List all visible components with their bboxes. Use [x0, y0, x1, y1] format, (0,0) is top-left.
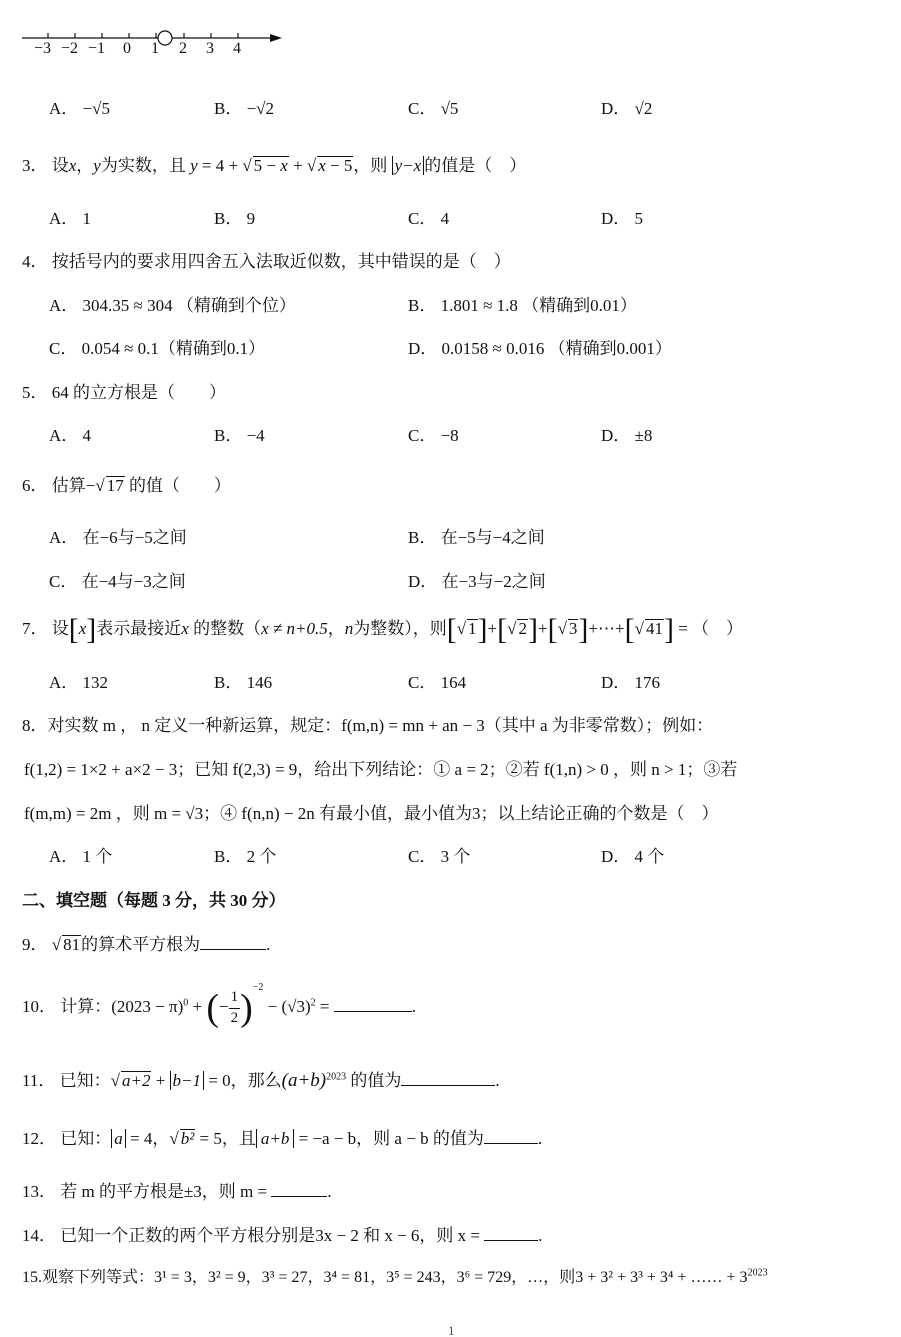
option-c: C． 3 个: [408, 842, 470, 867]
option-b: B． 2 个: [214, 842, 276, 867]
question-10: 10． 计算：(2023 − π)0 + (−12)−2 − (√3)2 = .: [22, 982, 416, 1030]
option-d: D． 0.0158 ≈ 0.016 （精确到0.001）: [408, 334, 672, 359]
option-d: D． 在−3与−2之间: [408, 567, 546, 592]
option-a: A． 304.35 ≈ 304 （精确到个位）: [49, 291, 296, 316]
answer-blank[interactable]: [271, 1195, 327, 1197]
open-circle-marker: [158, 31, 172, 45]
option-c: C． −8: [408, 421, 459, 446]
question-12: 12． 已知：a = 4，b² = 5，且a+b = −a − b，则 a − …: [22, 1124, 542, 1149]
question-8-line-2: f(1,2) = 1×2 + a×2 − 3；已知 f(2,3) = 9，给出下…: [24, 755, 737, 780]
option-b: B． 在−5与−4之间: [408, 523, 545, 548]
question-3-stem: 3． 设x，y为实数，且 y = 4 + 5 − x + x − 5，则 y−x…: [22, 151, 526, 176]
option-c: C． 4: [408, 204, 449, 229]
question-8-line-1: 8．对实数 m ， n 定义一种新运算，规定：f(m,n) = mn + an …: [22, 711, 713, 736]
option-a: A． 132: [49, 668, 108, 693]
option-d: D． √2: [601, 94, 652, 119]
answer-blank[interactable]: [334, 1010, 412, 1012]
question-9: 9． 81的算术平方根为.: [22, 930, 270, 955]
question-14: 14． 已知一个正数的两个平方根分别是3x − 2 和 x − 6，则 x = …: [22, 1221, 543, 1246]
option-a: A． 1 个: [49, 842, 112, 867]
question-7-stem: 7． 设[x]表示最接近x 的整数（x ≠ n+0.5，n为整数），则[1]+[…: [22, 613, 743, 647]
question-15: 15.观察下列等式：3¹ = 3，3² = 9，3³ = 27，3⁴ = 81，…: [22, 1264, 768, 1287]
option-b: B． 146: [214, 668, 272, 693]
page-number: 1: [448, 1323, 455, 1337]
option-c: C． √5: [408, 94, 458, 119]
option-c: C． 0.054 ≈ 0.1（精确到0.1）: [49, 334, 265, 359]
option-d: D． 176: [601, 668, 660, 693]
question-13: 13． 若 m 的平方根是±3，则 m = .: [22, 1177, 332, 1202]
option-b: B． 9: [214, 204, 255, 229]
answer-blank[interactable]: [200, 948, 266, 950]
option-d: D． 4 个: [601, 842, 664, 867]
option-b: B． −√2: [214, 94, 274, 119]
option-d: D． ±8: [601, 421, 652, 446]
question-5-stem: 5． 64 的立方根是（ ）: [22, 378, 226, 403]
option-b: B． −4: [214, 421, 265, 446]
option-c: C． 在−4与−3之间: [49, 567, 186, 592]
section-2-heading: 二、填空题（每题 3 分，共 30 分）: [22, 886, 286, 911]
question-8-line-3: f(m,m) = 2m ，则 m = √3；④ f(n,n) − 2n 有最小值…: [24, 799, 718, 824]
answer-blank[interactable]: [484, 1142, 538, 1144]
option-a: A． 4: [49, 421, 91, 446]
question-6-stem: 6． 估算−17 的值（ ）: [22, 471, 231, 496]
question-4-stem: 4． 按括号内的要求用四舍五入法取近似数，其中错误的是（ ）: [22, 247, 511, 272]
option-b: B． 1.801 ≈ 1.8 （精确到0.01）: [408, 291, 637, 316]
option-d: D． 5: [601, 204, 643, 229]
option-a: A． 1: [49, 204, 91, 229]
question-11: 11． 已知：a+2 + b−1 = 0，那么(a+b)2023 的值为.: [22, 1066, 500, 1092]
option-a: A． 在−6与−5之间: [49, 523, 187, 548]
option-c: C． 164: [408, 668, 466, 693]
option-a: A． −√5: [49, 94, 110, 119]
answer-blank[interactable]: [401, 1084, 495, 1086]
answer-blank[interactable]: [484, 1239, 538, 1241]
